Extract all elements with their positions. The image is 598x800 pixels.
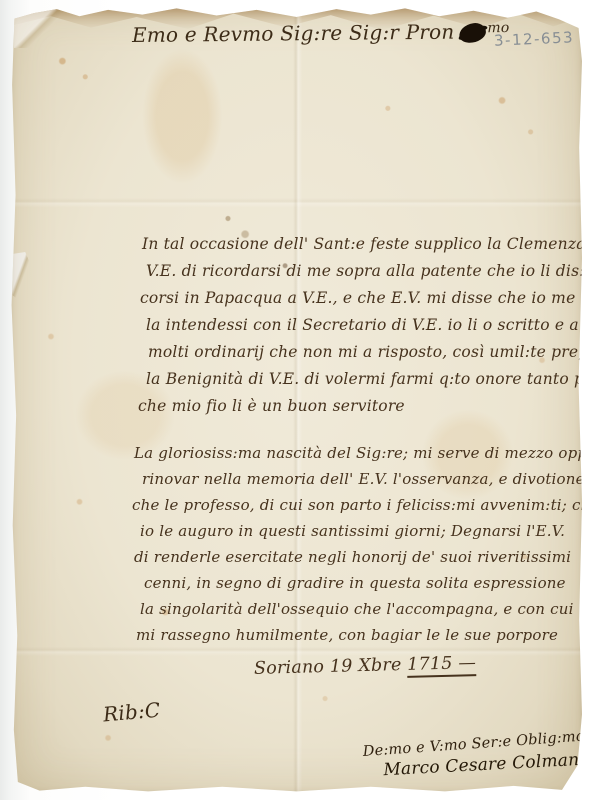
- signature-block: De:mo e V:mo Ser:e Oblig:mo Marco Cesare…: [343, 737, 585, 776]
- body-paragraph-1: In tal occasione dell' Sant:e feste supp…: [146, 231, 598, 420]
- dateline: Soriano 19 Xbre 1715 —: [254, 653, 477, 679]
- salutation-line: Emo e Revmo Sig:re Sig:r Pronmo: [132, 19, 510, 47]
- body-line: che mio fio li è un buon servitore: [138, 393, 598, 420]
- body-paragraph-2: La gloriosiss:ma nascità del Sig:re; mi …: [134, 440, 598, 648]
- scanned-letter: Emo e Revmo Sig:re Sig:r Pronmo 3-12-653…: [0, 0, 598, 800]
- body-line: la Benignità di V.E. di volermi farmi q:…: [146, 366, 598, 393]
- dateline-place: Soriano 19 Xbre: [254, 655, 402, 679]
- archival-number: 3-12-653: [494, 28, 575, 49]
- paper-sheet: Emo e Revmo Sig:re Sig:r Pronmo 3-12-653…: [11, 6, 582, 793]
- body-line: che le professo, di cui son parto i feli…: [132, 492, 598, 518]
- paper-corner-fold: [14, 8, 78, 48]
- body-line: molti ordinarij che non mi a risposto, c…: [148, 339, 598, 366]
- body-line: io le auguro in questi santissimi giorni…: [140, 518, 598, 544]
- body-line: la singolarità dell'ossequio che l'accom…: [140, 596, 598, 622]
- body-line: corsi in Papacqua a V.E., e che E.V. mi …: [140, 285, 598, 312]
- body-line: mi rassegno humilmente, con bagiar le le…: [136, 622, 598, 648]
- ink-blot: [458, 21, 488, 44]
- dateline-year: 1715 —: [407, 653, 476, 678]
- body-line: cenni, in segno di gradire in questa sol…: [144, 570, 598, 596]
- salutation-text: Emo e Revmo Sig:re Sig:r Pron: [132, 20, 455, 47]
- body-line: di renderle esercitate negli honorij de'…: [134, 544, 598, 570]
- paper-edge-tear: [7, 252, 33, 298]
- body-line: In tal occasione dell' Sant:e feste supp…: [142, 231, 598, 258]
- docket-note: Rib:C: [102, 698, 161, 727]
- body-line: V.E. di ricordarsi di me sopra alla pate…: [146, 258, 598, 285]
- body-line: La gloriosiss:ma nascità del Sig:re; mi …: [134, 440, 598, 466]
- body-line: rinovar nella memoria dell' E.V. l'osser…: [142, 466, 598, 492]
- body-line: la intendessi con il Secretario di V.E. …: [146, 312, 598, 339]
